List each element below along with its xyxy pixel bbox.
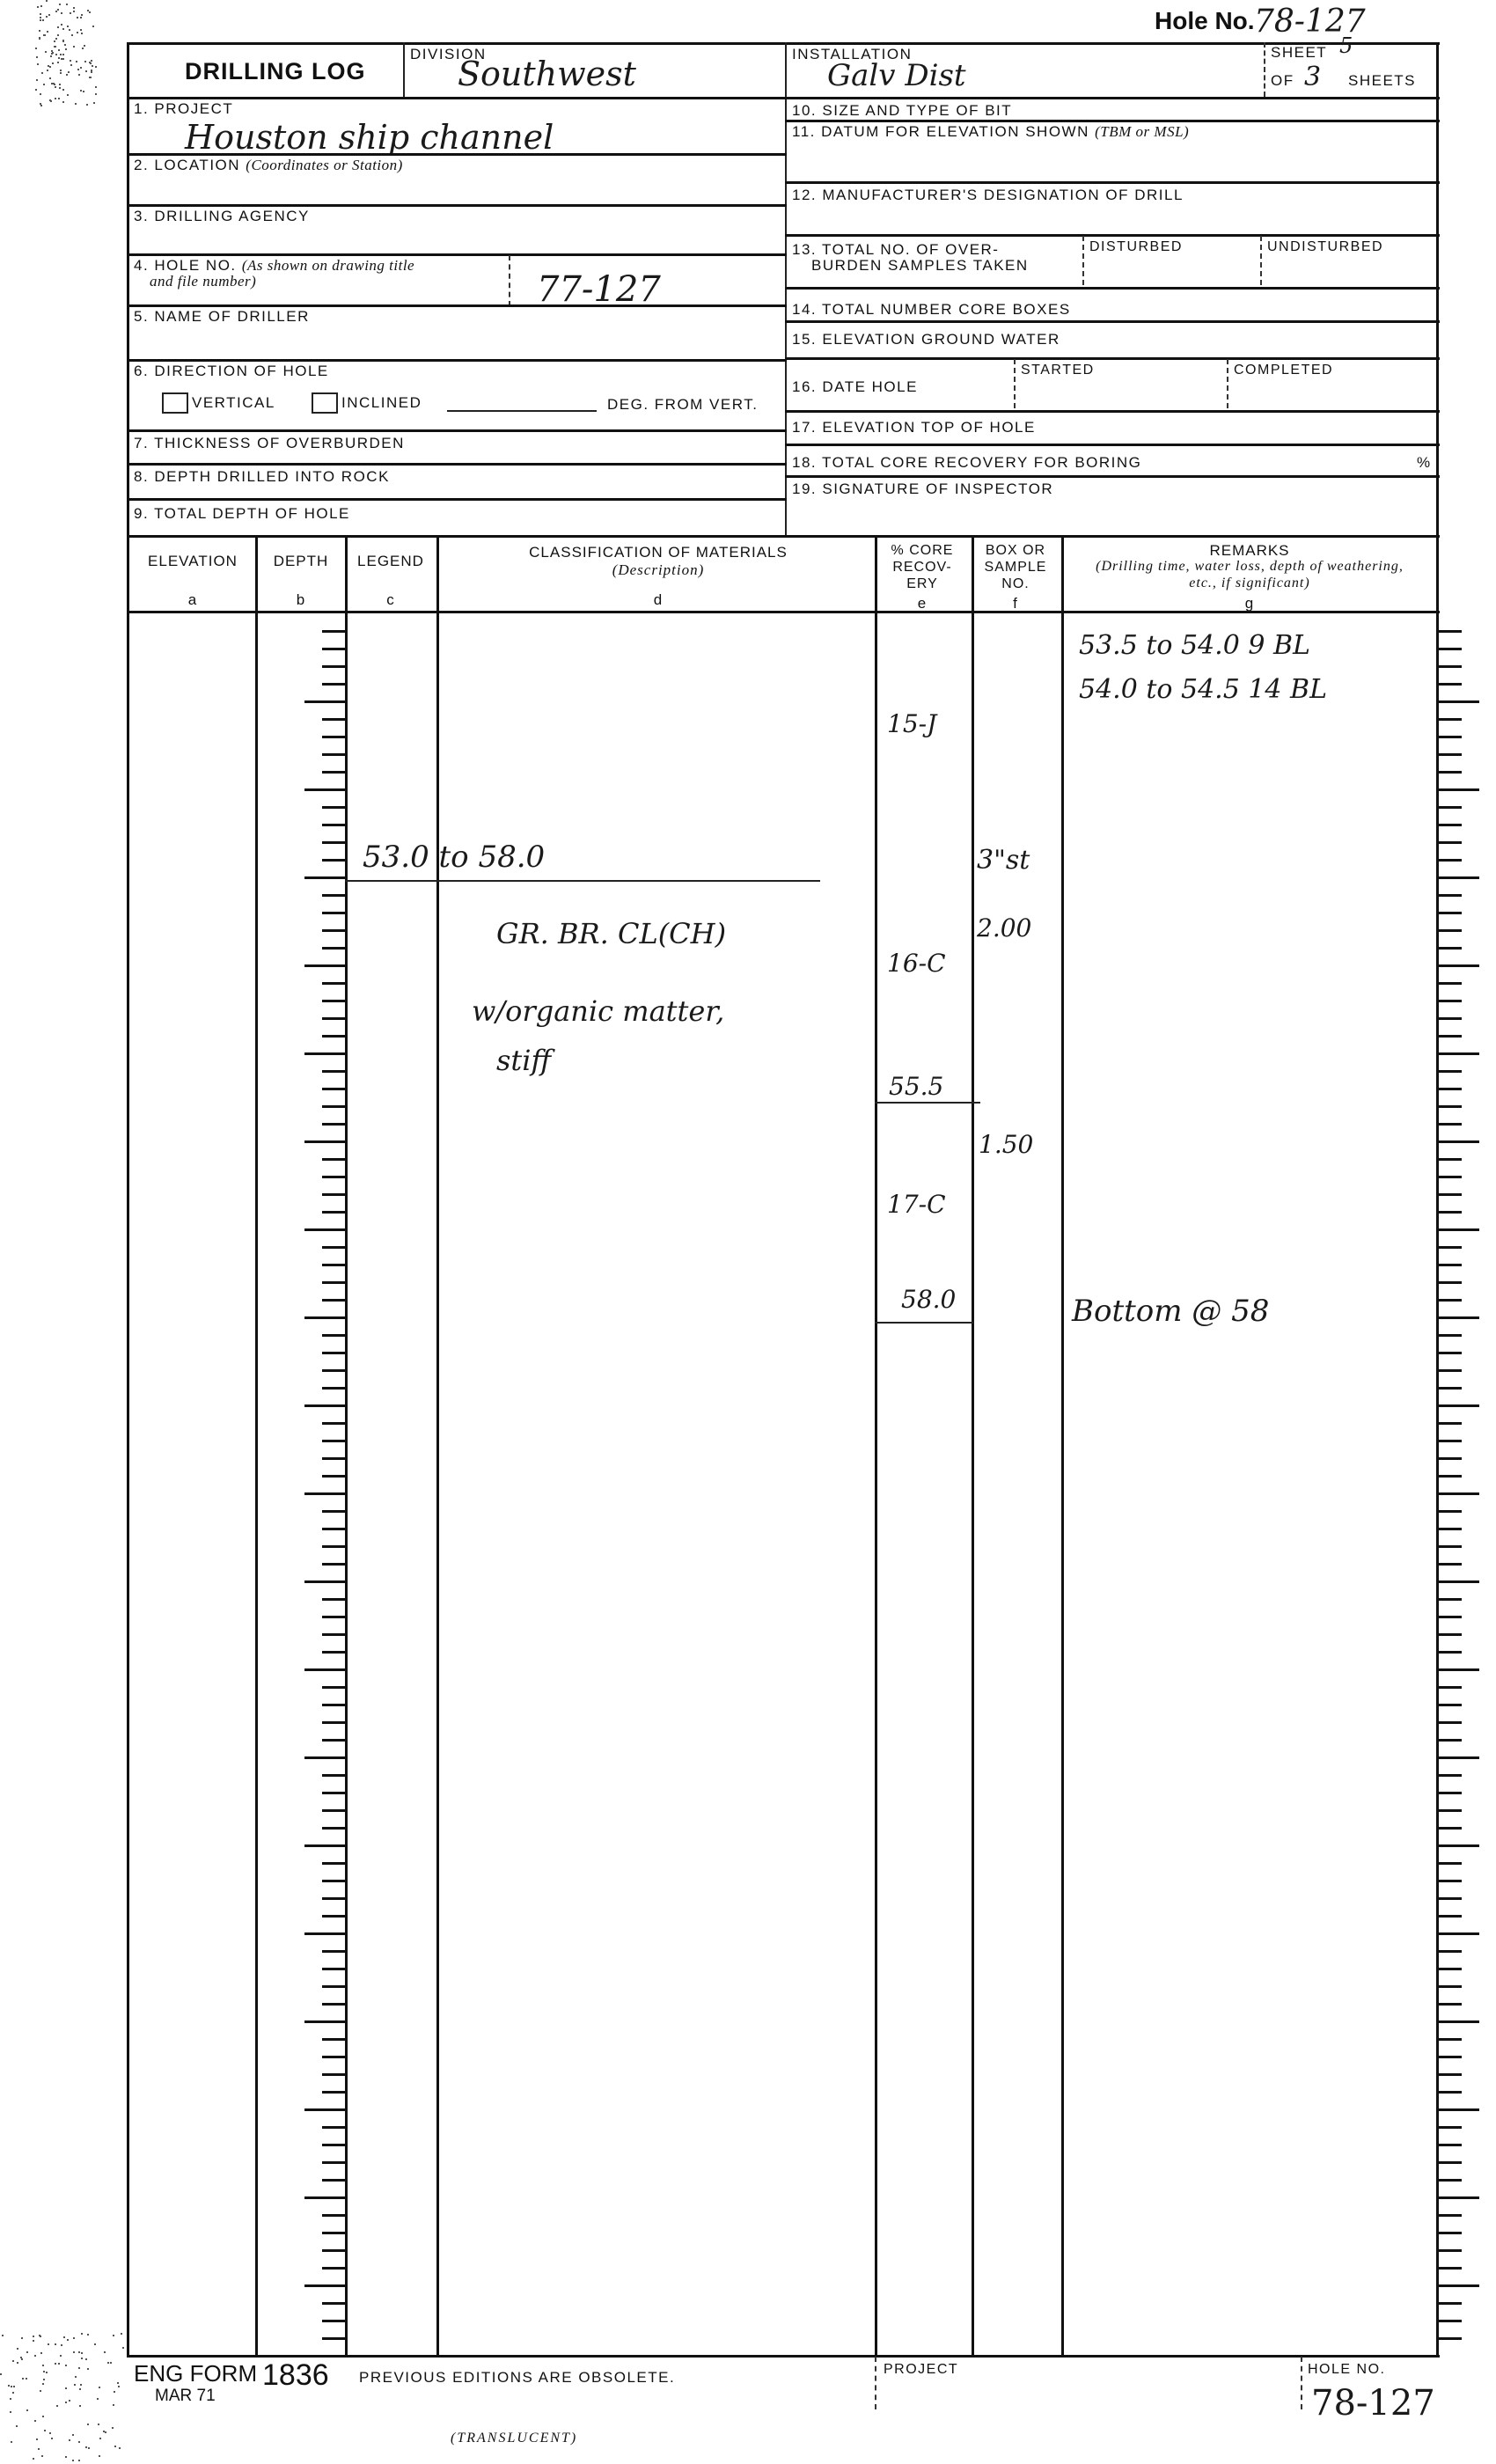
noise-dot [98,2424,99,2425]
ruler-tick [1439,1316,1479,1319]
ruler-tick [1439,1862,1462,1865]
ruler-tick [322,736,345,738]
noise-dot [89,11,91,13]
noise-dot [73,46,75,48]
ruler-tick [322,1915,345,1918]
sheet-of-label: OF [1271,72,1294,90]
sample-16c[interactable]: 16-C [887,949,946,978]
project-value[interactable]: Houston ship channel [185,118,554,157]
noise-dot [17,2348,18,2350]
noise-dot [63,2336,65,2338]
noise-dot [62,101,64,103]
ruler-tick [1439,1739,1462,1742]
ruler-tick [322,1862,345,1865]
noise-dot [40,2352,42,2354]
degree-input[interactable] [447,410,597,412]
ruler-tick [322,1387,345,1390]
remark-line-2[interactable]: 54.0 to 54.5 14 BL [1079,674,1327,705]
ruler-tick [1439,1088,1462,1090]
noise-dot [55,46,56,48]
col-legend-header: LEGEND [347,553,435,569]
noise-dot [61,2344,62,2346]
ruler-tick [1439,1844,1479,1847]
description-line-3[interactable]: stiff [496,1044,551,1077]
noise-dot [73,2337,75,2339]
box-value-200[interactable]: 2.00 [977,913,1031,942]
noise-dot [81,33,83,34]
sample-17c[interactable]: 17-C [887,1190,946,1219]
rule [127,498,787,501]
translucent-note: (TRANSLUCENT) [451,2431,577,2446]
ruler-tick [322,771,345,774]
frame-top [127,42,1440,45]
noise-dot [2,2335,4,2336]
ruler-tick [304,964,345,967]
ruler-tick [322,1897,345,1900]
divider [1260,236,1262,285]
remark-line-1[interactable]: 53.5 to 54.0 9 BL [1079,630,1310,661]
ruler-tick [322,2056,345,2058]
noise-dot [69,29,70,31]
noise-dot [70,64,72,66]
drilling-agency-label: 3. DRILLING AGENCY [134,208,310,225]
noise-dot [39,37,40,39]
ruler-tick [1439,876,1479,879]
noise-dot [43,2379,45,2380]
ruler-tick [322,859,345,862]
noise-dot [95,93,97,95]
noise-dot [62,58,64,60]
noise-dot [81,2352,83,2354]
ruler-tick [1439,1352,1462,1354]
form-title: DRILLING LOG [185,58,365,85]
ruler-tick [322,1704,345,1706]
noise-dot [73,7,75,9]
datum-label: 11. DATUM FOR ELEVATION SHOWN (TBM or MS… [792,123,1189,141]
interval-value[interactable]: 53.0 to 58.0 [363,840,545,875]
ruler-tick [322,1158,345,1161]
noise-dot [72,2460,74,2461]
noise-dot [57,62,59,63]
ruler-tick [1439,1299,1462,1302]
ruler-tick [322,1299,345,1302]
ruler-tick [322,648,345,650]
frame-bottom [127,2355,1440,2358]
ruler-tick [1439,859,1462,862]
ruler-tick [1439,718,1462,721]
rule [127,463,787,466]
rule [127,97,1440,99]
ruler-tick [322,630,345,633]
col-legend-letter: c [347,591,435,608]
noise-dot [80,2384,82,2386]
manufacturer-label: 12. MANUFACTURER'S DESIGNATION OF DRILL [792,187,1184,204]
ruler-tick [1439,1000,1462,1002]
noise-dot [105,2431,106,2433]
noise-dot [69,2439,70,2441]
col-box-header: BOX OR SAMPLE NO. [973,542,1058,592]
noise-dot [46,16,48,18]
ruler-tick [1439,824,1462,826]
ruler-tick [1439,947,1462,950]
ruler-tick [322,753,345,756]
noise-dot [40,93,41,95]
noise-dot [65,2402,67,2403]
noise-dot [82,48,84,49]
noise-dot [26,2378,27,2380]
ruler-tick [322,2302,345,2305]
ruler-tick [1439,1246,1462,1249]
noise-dot [59,4,61,5]
noise-dot [99,2387,100,2388]
box-value-150[interactable]: 1.50 [979,1130,1033,1159]
hole-no-field-hint: and file number) [150,273,256,290]
ruler-tick [304,1932,345,1935]
ruler-tick [304,2284,345,2287]
noise-dot [49,2432,51,2434]
ruler-tick [322,929,345,932]
ruler-tick [1439,2196,1479,2199]
core-boxes-label: 14. TOTAL NUMBER CORE BOXES [792,301,1071,319]
noise-dot [48,2343,49,2345]
noise-dot [42,2365,44,2366]
noise-dot [38,2448,40,2450]
noise-dot [99,2455,100,2457]
noise-dot [54,40,55,42]
noise-dot [35,89,37,91]
depth-555[interactable]: 55.5 [889,1072,943,1101]
col-classification-letter: d [438,591,878,608]
hole-no-field-label: 4. HOLE NO. (As shown on drawing title [134,257,414,275]
noise-dot [44,34,46,36]
noise-dot [77,69,79,70]
sample-15j[interactable]: 15-J [887,709,936,738]
noise-dot [58,49,60,51]
rule [785,234,1440,237]
noise-dot [52,52,54,54]
noise-dot [40,103,41,105]
noise-dot [55,86,56,88]
noise-dot [99,2438,101,2439]
ruler-tick [1439,1193,1462,1196]
noise-dot [66,74,68,76]
ruler-tick [1439,2161,1462,2164]
division-value[interactable]: Southwest [458,55,636,93]
remark-bottom[interactable]: Bottom @ 58 [1072,1294,1269,1329]
ruler-tick [322,1440,345,1442]
completed-label: COMPLETED [1234,363,1333,378]
noise-dot [70,12,71,14]
ruler-tick [304,2020,345,2023]
ruler-tick [322,1598,345,1601]
ruler-tick [1439,683,1462,686]
ruler-tick [1439,753,1462,756]
noise-dot [57,34,59,36]
ruler-tick [322,1211,345,1214]
noise-dot [51,2438,53,2439]
ruler-tick [322,1070,345,1073]
noise-dot [34,2355,36,2357]
ruler-tick [322,1422,345,1425]
form-number: 1836 [262,2358,329,2393]
ruler-tick [1439,1369,1462,1372]
ruler-tick [1439,2302,1462,2305]
ruler-tick [1439,1176,1462,1178]
ruler-tick [322,2126,345,2129]
started-label: STARTED [1021,363,1095,378]
ruler-tick [322,1000,345,1002]
noise-dot [78,2441,80,2443]
noise-dot [37,63,39,65]
ruler-tick [322,894,345,897]
ruler-tick [322,1792,345,1794]
ruler-tick [1439,1545,1462,1548]
noise-dot [103,2431,105,2432]
ruler-tick [1439,1070,1462,1073]
undisturbed-label: UNDISTURBED [1267,239,1383,255]
noise-dot [77,32,78,33]
col-depth-letter: b [257,591,345,608]
ruler-tick [1439,736,1462,738]
noise-dot [43,84,45,85]
noise-dot [50,55,52,57]
noise-dot [121,2333,122,2335]
ruler-tick [1439,665,1462,668]
noise-dot [65,2456,67,2458]
ruler-tick [1439,1668,1479,1671]
ruler-tick [1439,1211,1462,1214]
ruler-tick [1439,2020,1479,2023]
sheet-total[interactable]: 3 [1304,62,1321,92]
ruler-tick [1439,2320,1462,2322]
ruler-tick [304,1668,345,1671]
ruler-tick [1439,1264,1462,1266]
noise-dot [65,48,67,50]
ruler-tick [1439,964,1479,967]
ruler-tick [1439,1598,1462,1601]
ruler-tick [1439,1563,1462,1566]
ruler-tick [322,1193,345,1196]
rule [127,359,787,362]
ruler-tick [1439,982,1462,985]
noise-dot [76,61,77,62]
ruler-tick [1439,1651,1462,1654]
noise-dot [60,70,62,71]
ruler-tick [1439,1510,1462,1513]
frame-right [1436,42,1439,2357]
ruler-tick [304,1140,345,1143]
noise-dot [78,74,80,76]
noise-dot [70,60,71,62]
ruler-tick [1439,1774,1462,1777]
ruler-tick [322,1739,345,1742]
noise-dot [36,2438,38,2440]
noise-dot [55,38,57,40]
ruler-tick [322,718,345,721]
noise-dot [64,44,66,46]
ruler-tick [1439,2284,1479,2287]
noise-dot [113,2335,114,2336]
noise-dot [22,2378,24,2380]
driller-label: 5. NAME OF DRILLER [134,308,310,326]
ruler-tick [1439,1528,1462,1530]
ruler-tick [1439,1228,1479,1231]
noise-dot [21,2337,23,2339]
ruler-tick [1439,1915,1462,1918]
layer-boundary-555 [875,1102,980,1104]
noise-dot [114,2391,115,2393]
ruler-tick [322,1123,345,1126]
ground-water-label: 15. ELEVATION GROUND WATER [792,331,1060,348]
noise-dot [40,2390,41,2392]
noise-dot [79,2388,81,2390]
ruler-tick [1439,1985,1462,1988]
noise-dot [60,2355,62,2357]
ruler-tick [322,1475,345,1478]
noise-dot [26,2409,28,2411]
noise-dot [104,2351,106,2353]
noise-dot [68,71,70,73]
noise-dot [84,61,86,62]
ruler-tick [304,1756,345,1759]
ruler-tick [304,1316,345,1319]
ruler-tick [1439,1756,1479,1759]
divider [875,2357,876,2409]
inclined-checkbox[interactable] [312,392,338,414]
ruler-tick [304,700,345,703]
noise-dot [93,102,95,104]
ruler-tick [322,2038,345,2041]
noise-dot [71,34,73,36]
noise-dot [119,2447,121,2449]
obsolete-notice: PREVIOUS EDITIONS ARE OBSOLETE. [359,2369,675,2387]
noise-dot [80,67,82,69]
rule [127,429,787,432]
divider [1227,359,1228,408]
ruler-tick [1439,1457,1462,1460]
table-top [127,535,1440,538]
noise-dot [42,2383,44,2385]
footer-hole-label: HOLE NO. [1308,2362,1385,2378]
sheet-label: SHEET [1271,44,1327,62]
col-remarks-header: REMARKS [1065,542,1434,559]
ruler-tick [322,1545,345,1548]
noise-dot [83,91,84,92]
ruler-tick [1439,1932,1479,1935]
ruler-tick [304,876,345,879]
rule [785,444,1440,446]
ruler-tick [1439,2249,1462,2252]
noise-dot [55,98,56,99]
noise-dot [61,24,62,26]
rule [127,204,787,207]
col-core-letter: e [875,595,970,612]
noise-dot [112,2427,114,2429]
description-line-1[interactable]: GR. BR. CL(CH) [496,917,726,950]
ruler-tick [1439,2073,1462,2076]
ruler-tick [1439,929,1462,932]
noise-dot [17,2362,18,2364]
noise-dot [80,90,82,92]
ruler-tick [322,2073,345,2076]
noise-dot [87,10,89,11]
noise-dot [60,54,62,55]
depth-rock-label: 8. DEPTH DRILLED INTO ROCK [134,468,390,486]
ruler-tick [1439,2108,1479,2111]
ruler-tick [322,2144,345,2146]
noise-dot [49,66,51,68]
total-depth-label: 9. TOTAL DEPTH OF HOLE [134,505,350,523]
vertical-checkbox[interactable] [162,392,188,414]
ruler-tick [1439,1897,1462,1900]
ruler-tick [1439,2091,1462,2094]
noise-dot [91,60,92,62]
samples-label: 13. TOTAL NO. OF OVER- [792,241,999,259]
noise-dot [87,2368,89,2370]
noise-dot [21,2358,23,2360]
noise-dot [42,2416,44,2417]
footer-hole-value[interactable]: 78-127 [1311,2383,1435,2424]
ruler-tick [322,1510,345,1513]
ruler-tick [322,2214,345,2217]
rule [785,357,1440,360]
col-remarks-sub: (Drilling time, water loss, depth of wea… [1082,558,1417,591]
ruler-tick [322,824,345,826]
sheet-number[interactable]: 5 [1339,33,1353,58]
noise-dot [57,9,59,11]
noise-dot [75,103,77,105]
rule [785,120,1440,122]
noise-dot [62,54,64,55]
frame-left [127,42,129,2357]
noise-dot [44,2430,46,2431]
rule [785,181,1440,184]
ruler-tick [1439,1686,1462,1689]
ruler-tick [322,841,345,844]
installation-value[interactable]: Galv Dist [827,58,966,93]
box-tube[interactable]: 3"st [977,845,1030,876]
noise-dot [13,2386,15,2387]
noise-dot [67,2339,69,2341]
rule [127,153,787,156]
noise-dot [16,2425,18,2427]
noise-dot [85,2358,87,2360]
noise-dot [36,79,38,81]
ruler-tick [322,2003,345,2006]
divider [509,255,510,306]
ruler-tick [322,1651,345,1654]
ruler-tick [304,788,345,791]
noise-dot [33,2340,34,2342]
form-label: ENG FORM [134,2360,257,2387]
col-classification-header: CLASSIFICATION OF MATERIALS [438,544,878,561]
noise-dot [46,0,48,2]
description-line-2[interactable]: w/organic matter, [472,994,724,1028]
ruler-tick [1439,2144,1462,2146]
ruler-tick [322,1105,345,1108]
noise-dot [65,2365,67,2366]
depth-580[interactable]: 58.0 [901,1285,956,1314]
ruler-tick [322,982,345,985]
noise-dot [114,2446,116,2447]
sheets-label: SHEETS [1348,72,1416,90]
noise-dot [110,2362,112,2364]
percent-unit: % [1417,454,1432,472]
ruler-tick [322,1774,345,1777]
project-label: 1. PROJECT [134,100,233,118]
location-label: 2. LOCATION (Coordinates or Station) [134,157,403,174]
ruler-tick [1439,1721,1462,1724]
